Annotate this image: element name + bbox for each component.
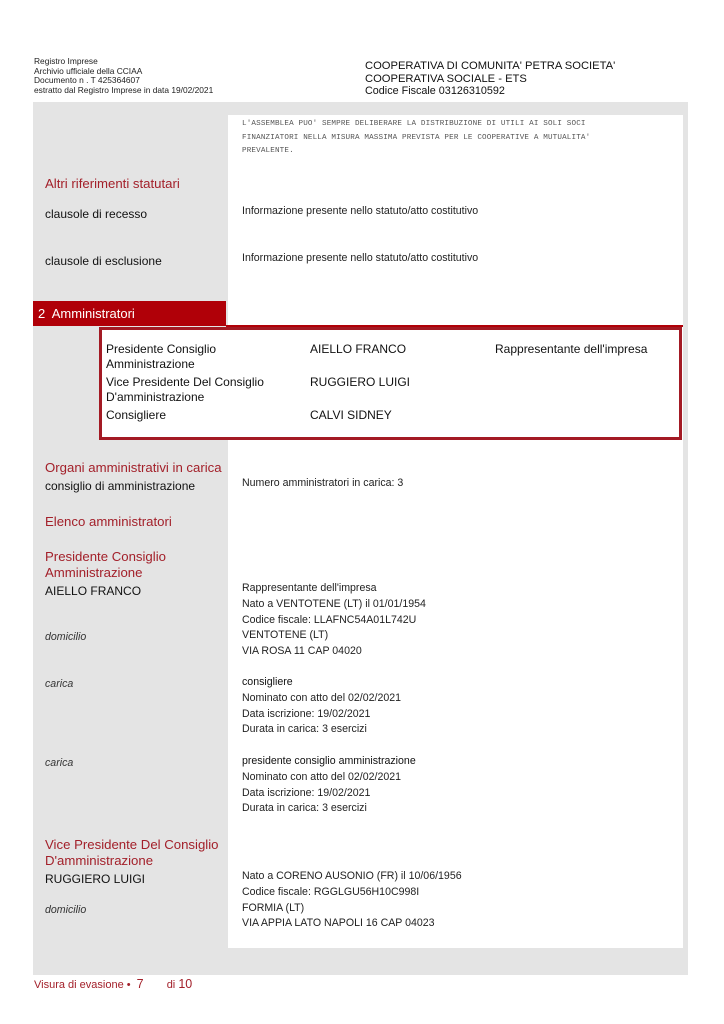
admin2-domicilio-label: domicilio	[45, 904, 86, 916]
admin1-name: AIELLO FRANCO	[45, 584, 141, 599]
admin1-carica-label-2: carica	[45, 757, 73, 769]
footer-label: Visura di evasione	[34, 979, 124, 991]
value-clausole-esclusione: Informazione presente nello statuto/atto…	[242, 251, 478, 267]
company-info: COOPERATIVA DI COMUNITA' PETRA SOCIETA' …	[365, 60, 615, 98]
admin1-carica-label-1: carica	[45, 678, 73, 690]
label-consiglio-amministrazione: consiglio di amministrazione	[45, 479, 195, 494]
admin2-name: RUGGIERO LUIGI	[45, 872, 145, 887]
footer-bullet: •	[127, 979, 131, 991]
admin1-role-heading: Presidente Consiglio Amministrazione	[45, 549, 166, 581]
statute-clause-text: L'ASSEMBLEA PUO' SEMPRE DELIBERARE LA DI…	[242, 118, 590, 159]
label-clausole-recesso: clausole di recesso	[45, 207, 147, 222]
values-column	[228, 115, 683, 948]
admin2-info: Nato a CORENO AUSONIO (FR) il 10/06/1956…	[242, 869, 462, 932]
admin1-carica-2: presidente consiglio amministrazione Nom…	[242, 754, 416, 817]
extract-date: estratto dal Registro Imprese in data 19…	[34, 86, 213, 96]
admin1-carica-1: consigliere Nominato con atto del 02/02/…	[242, 675, 401, 738]
heading-altri-riferimenti: Altri riferimenti statutari	[45, 176, 180, 192]
admin2-role-heading: Vice Presidente Del Consiglio D'amminist…	[45, 837, 219, 869]
company-name-line2: COOPERATIVA SOCIALE - ETS	[365, 73, 615, 86]
summary-role-3: Consigliere	[106, 408, 166, 423]
section-title: Amministratori	[52, 306, 135, 321]
summary-name-1: AIELLO FRANCO	[310, 342, 406, 357]
section-number: 2	[38, 306, 45, 321]
value-numero-amministratori: Numero amministratori in carica: 3	[242, 476, 403, 492]
heading-elenco-amministratori: Elenco amministratori	[45, 514, 172, 530]
summary-name-2: RUGGIERO LUIGI	[310, 375, 410, 390]
summary-role-2: Vice Presidente Del Consiglio D'amminist…	[106, 375, 264, 405]
summary-role-1: Presidente Consiglio Amministrazione	[106, 342, 216, 372]
page-footer: Visura di evasione • 7 di 10	[34, 977, 192, 991]
heading-organi-amministrativi: Organi amministrativi in carica	[45, 460, 222, 476]
summary-note-1: Rappresentante dell'impresa	[495, 342, 647, 357]
label-clausole-esclusione: clausole di esclusione	[45, 254, 162, 269]
section-header-amministratori: 2 Amministratori	[33, 301, 226, 326]
admin1-domicilio-label: domicilio	[45, 631, 86, 643]
document-source-info: Registro Imprese Archivio ufficiale dell…	[34, 57, 213, 95]
admin1-info: Rappresentante dell'impresa Nato a VENTO…	[242, 581, 426, 660]
administrators-summary-box: Presidente Consiglio Amministrazione AIE…	[99, 327, 682, 440]
current-page-number: 7	[137, 977, 144, 991]
value-clausole-recesso: Informazione presente nello statuto/atto…	[242, 204, 478, 220]
company-name-line1: COOPERATIVA DI COMUNITA' PETRA SOCIETA'	[365, 60, 615, 73]
company-fiscal-code: Codice Fiscale 03126310592	[365, 85, 615, 98]
summary-name-3: CALVI SIDNEY	[310, 408, 392, 423]
total-pages: 10	[178, 977, 192, 991]
footer-of-label: di	[167, 979, 176, 991]
